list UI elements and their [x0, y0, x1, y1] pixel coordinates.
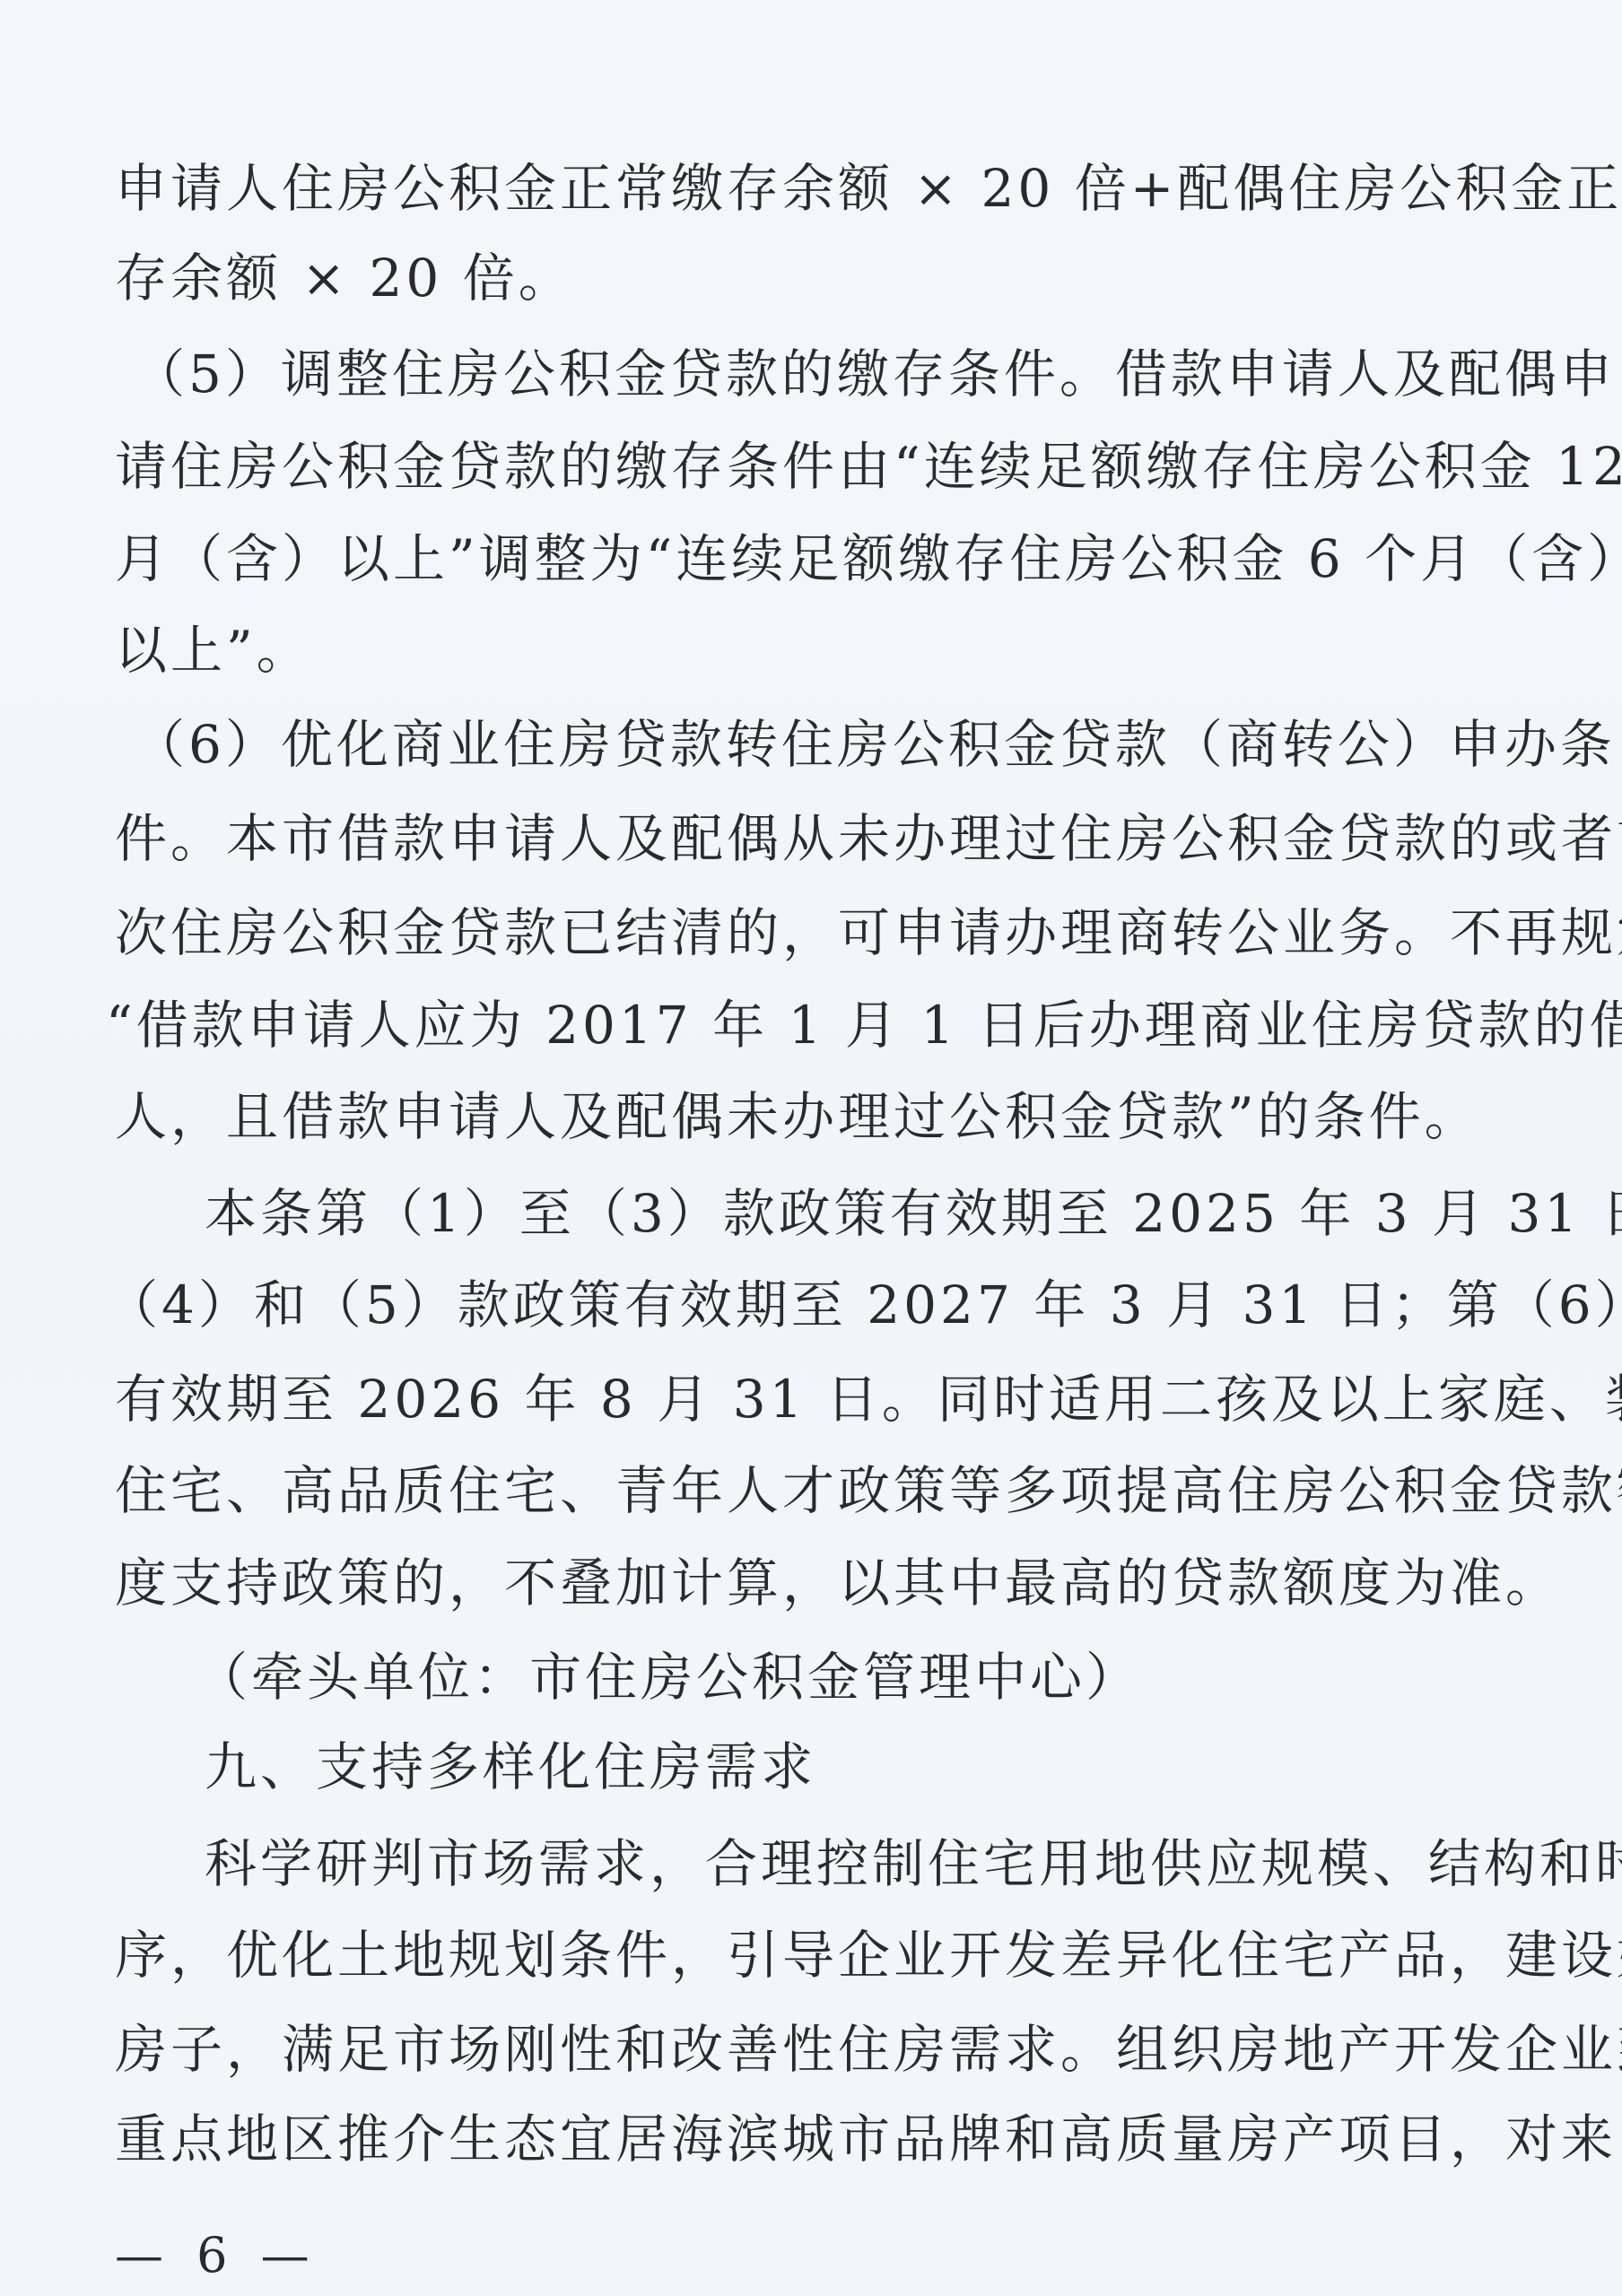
- text-line: 申请人住房公积金正常缴存余额 × 20 倍+配偶住房公积金正常缴: [115, 148, 1514, 229]
- text-line: 人，且借款申请人及配偶未办理过公积金贷款”的条件。: [115, 1076, 1514, 1157]
- section-heading: 九、支持多样化住房需求: [205, 1726, 816, 1807]
- text-line: 序，优化土地规划条件，引导企业开发差异化住宅产品，建设好: [115, 1915, 1514, 1996]
- text-line: 有效期至 2026 年 8 月 31 日。同时适用二孩及以上家庭、装配式: [115, 1359, 1514, 1439]
- text-line: 本条第（1）至（3）款政策有效期至 2025 年 3 月 31 日；第: [205, 1173, 1514, 1254]
- text-line: 科学研判市场需求，合理控制住宅用地供应规模、结构和时: [205, 1823, 1514, 1904]
- text-line: 次住房公积金贷款已结清的，可申请办理商转公业务。不再规定: [115, 892, 1514, 973]
- item-5-heading-line: （5）调整住房公积金贷款的缴存条件。借款申请人及配偶申: [133, 334, 1514, 414]
- document-page: 申请人住房公积金正常缴存余额 × 20 倍+配偶住房公积金正常缴 存余额 × 2…: [0, 0, 1622, 2296]
- text-line: “借款申请人应为 2017 年 1 月 1 日后办理商业住房贷款的借款: [106, 985, 1514, 1065]
- text-line: 房子，满足市场刚性和改善性住房需求。组织房地产开发企业到: [115, 2009, 1514, 2090]
- text-line: 重点地区推介生态宜居海滨城市品牌和高质量房产项目，对来日: [115, 2099, 1514, 2179]
- text-line: 以上”。: [115, 610, 1514, 691]
- text-line: 件。本市借款申请人及配偶从未办理过住房公积金贷款的或者首: [115, 798, 1514, 879]
- text-line: 存余额 × 20 倍。: [115, 238, 1514, 318]
- text-line: 度支持政策的，不叠加计算，以其中最高的贷款额度为准。: [115, 1543, 1514, 1623]
- text-line: 住宅、高品质住宅、青年人才政策等多项提高住房公积金贷款额: [115, 1450, 1514, 1531]
- page-number: — 6 —: [115, 2215, 318, 2296]
- item-6-heading-line: （6）优化商业住房贷款转住房公积金贷款（商转公）申办条: [133, 704, 1514, 785]
- text-line: 请住房公积金贷款的缴存条件由“连续足额缴存住房公积金 12 个: [115, 426, 1514, 507]
- lead-unit-note: （牵头单位：市住房公积金管理中心）: [196, 1637, 1141, 1718]
- text-line: 月（含）以上”调整为“连续足额缴存住房公积金 6 个月（含）: [115, 518, 1514, 599]
- text-line: （4）和（5）款政策有效期至 2027 年 3 月 31 日；第（6）款政策: [106, 1265, 1514, 1345]
